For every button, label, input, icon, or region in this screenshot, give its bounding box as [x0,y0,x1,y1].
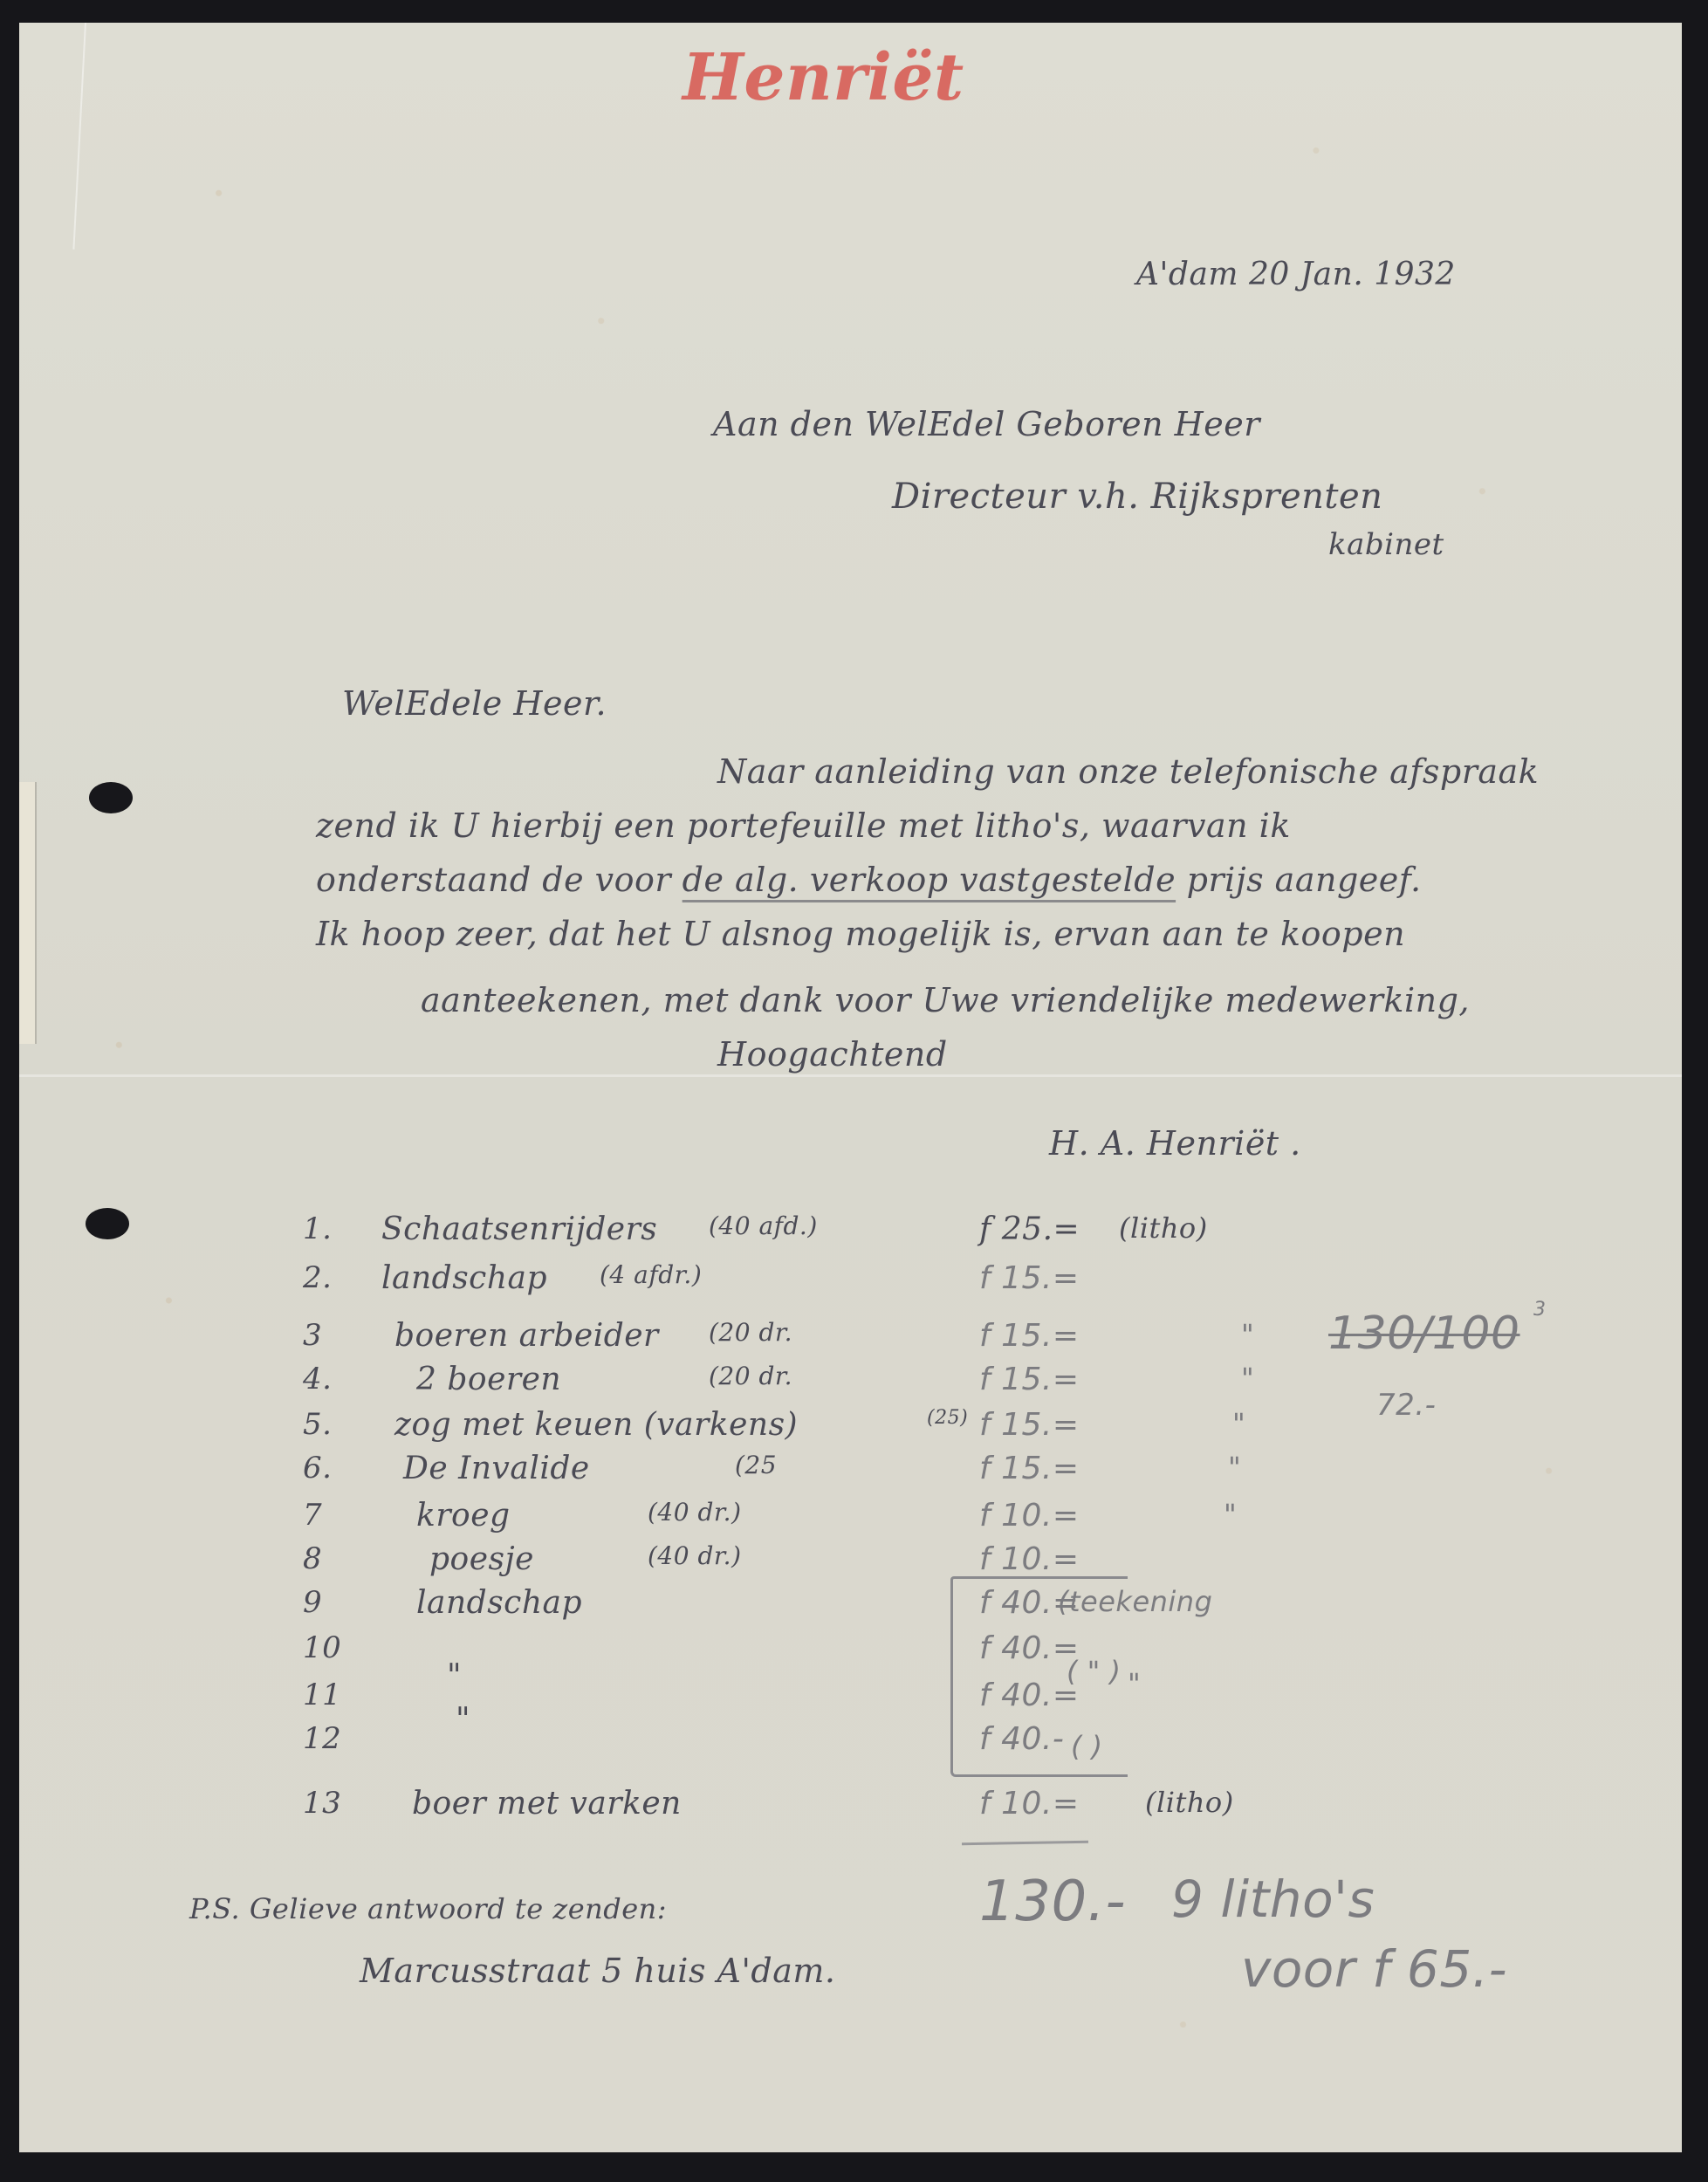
list-item: 9 landschap f 40.= (teekening [19,1585,1682,1637]
addressee-line-2: Directeur v.h. Rijksprenten [892,477,1382,517]
closing: Hoogachtend [717,1035,948,1074]
body-line-3: onderstaand de voor de alg. verkoop vast… [316,861,1422,899]
underlined-phrase: de alg. verkoop vastgestelde [683,861,1176,899]
list-item: 10 f 40.= ( " ) [19,1630,1682,1683]
drawings-bracket [950,1576,1128,1777]
body-line-3-a: onderstaand de voor [316,861,683,899]
place-date: A'dam 20 Jan. 1932 [1136,257,1456,292]
salutation: WelEdele Heer. [342,684,607,723]
punch-hole-top [89,782,133,813]
addressee-line-1: Aan den WelEdel Geboren Heer [713,405,1260,443]
fold-line [19,1074,1682,1077]
letter-sheet: Henriët A'dam 20 Jan. 1932 Aan den WelEd… [19,23,1682,2152]
body-line-3-b: prijs aangeef. [1176,861,1421,899]
struck-total: 130/100 [1328,1307,1520,1360]
list-item: 1. Schaatsenrijders (40 afd.) f 25.= (li… [19,1211,1682,1264]
signature: H. A. Henriët . [1049,1124,1301,1163]
postscript-line-1: P.S. Gelieve antwoord te zenden: [189,1892,667,1925]
list-item: 12 " f 40.- ( ) [19,1721,1682,1774]
list-item: 2. landschap (4 afdr.) f 15.= [19,1260,1682,1313]
paper-crease [72,23,86,250]
archive-marking: Henriët [683,40,964,115]
list-item: 13 boer met varken f 10.= (litho) [19,1786,1682,1838]
offer-line-2: voor f 65.- [1241,1939,1507,1999]
pencil-total: 130.- [979,1870,1126,1934]
sum-rule [962,1841,1088,1846]
torn-edge-strip [19,782,37,1044]
body-line-2: zend ik U hierbij een portefeuille met l… [316,806,1291,845]
struck-superscript: 3 [1533,1299,1547,1321]
body-line-5: aanteekenen, met dank voor Uwe vriendeli… [421,981,1470,1019]
body-line-4: Ik hoop zeer, dat het U alsnog mogelijk … [316,915,1405,953]
list-item: 6. De Invalide (25 f 15.= " [19,1451,1682,1503]
margin-figure: 72.- [1376,1388,1436,1423]
addressee-line-3: kabinet [1328,527,1444,562]
body-line-1: Naar aanleiding van onze telefonische af… [717,752,1539,791]
postscript-address: Marcusstraat 5 huis A'dam. [360,1952,836,1990]
offer-line-1: 9 litho's [1171,1870,1375,1929]
